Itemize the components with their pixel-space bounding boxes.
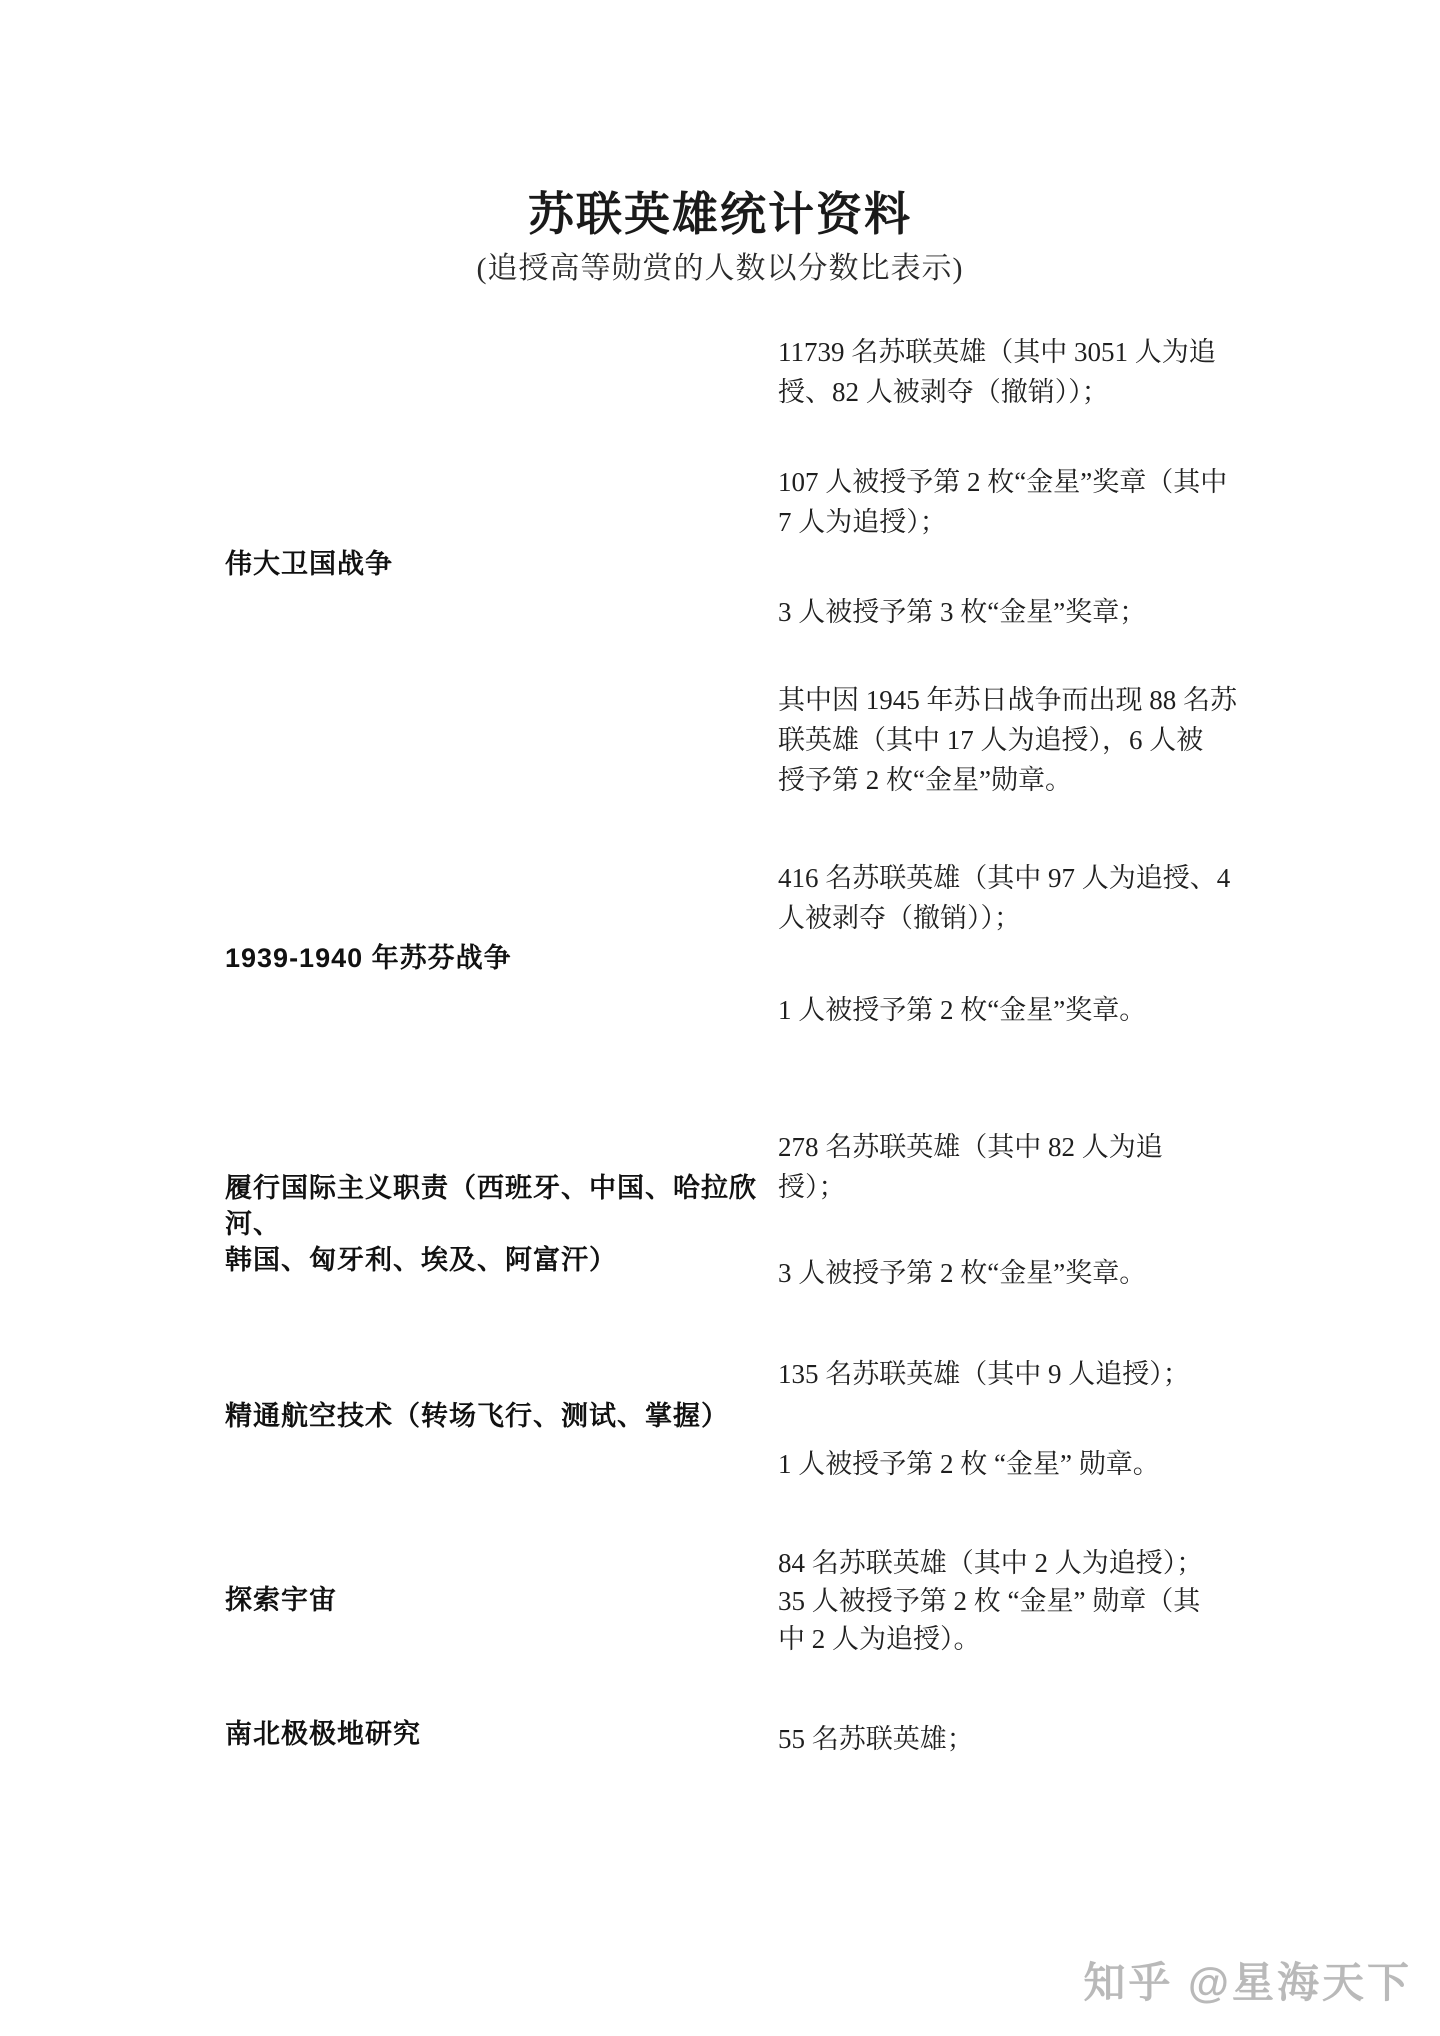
stat-second-gold-star-winter-war: 1 人被授予第 2 枚“金星”奖章。 — [778, 990, 1258, 1030]
document-page: 苏联英雄统计资料 (追授高等勋赏的人数以分数比表示) 11739 名苏联英雄（其… — [0, 0, 1440, 2036]
stat-second-gold-star-internationalist: 3 人被授予第 2 枚“金星”奖章。 — [778, 1253, 1258, 1293]
stat-second-gold-star-wwii: 107 人被授予第 2 枚“金星”奖章（其中 7 人为追授）； — [778, 462, 1258, 542]
stat-second-gold-star-aviation: 1 人被授予第 2 枚 “金星” 勋章。 — [778, 1444, 1258, 1484]
stat-heroes-space: 84 名苏联英雄（其中 2 人为追授）； 35 人被授予第 2 枚 “金星” 勋… — [778, 1544, 1258, 1658]
category-label-aviation-mastery: 精通航空技术（转场飞行、测试、掌握） — [225, 1398, 729, 1434]
stat-heroes-total: 11739 名苏联英雄（其中 3051 人为追 授、82 人被剥夺（撤销））； — [778, 332, 1258, 412]
watermark: 知乎 @星海天下 — [1083, 1950, 1412, 2010]
stat-heroes-aviation: 135 名苏联英雄（其中 9 人追授）； — [778, 1354, 1258, 1394]
stat-heroes-polar: 55 名苏联英雄； — [778, 1719, 1258, 1759]
category-label-space-exploration: 探索宇宙 — [225, 1582, 337, 1618]
stat-third-gold-star-wwii: 3 人被授予第 3 枚“金星”奖章； — [778, 592, 1258, 632]
page-subtitle: (追授高等勋赏的人数以分数比表示) — [0, 243, 1440, 287]
category-label-winter-war: 1939-1940 年苏芬战争 — [225, 940, 512, 976]
category-label-internationalist-duty: 履行国际主义职责（西班牙、中国、哈拉欣河、 韩国、匈牙利、埃及、阿富汗） — [225, 1170, 805, 1278]
stat-heroes-winter-war: 416 名苏联英雄（其中 97 人为追授、4 人被剥夺（撤销））； — [778, 858, 1258, 938]
page-title: 苏联英雄统计资料 — [0, 178, 1440, 244]
category-label-great-patriotic-war: 伟大卫国战争 — [225, 546, 393, 582]
stat-heroes-internationalist: 278 名苏联英雄（其中 82 人为追 授）； — [778, 1127, 1258, 1207]
stat-soviet-japanese-war: 其中因 1945 年苏日战争而出现 88 名苏 联英雄（其中 17 人为追授），… — [778, 680, 1258, 800]
category-label-polar-research: 南北极极地研究 — [225, 1716, 421, 1752]
